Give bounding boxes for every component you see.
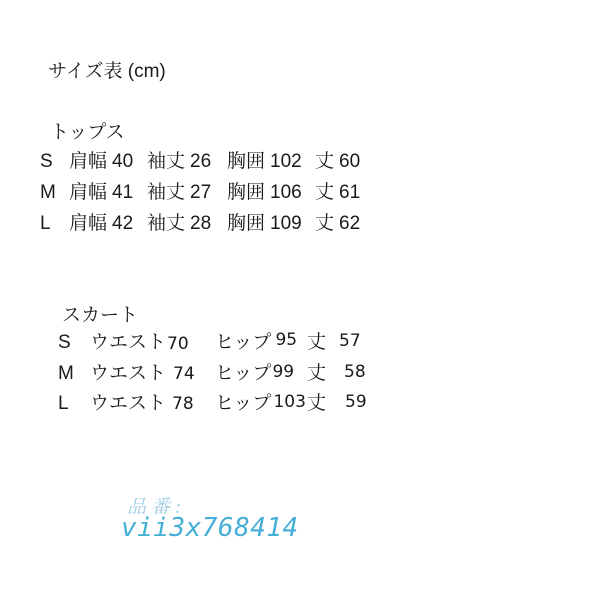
measurement-cell: 丈57	[307, 331, 361, 355]
measurement-value: 106	[270, 182, 302, 203]
measurement-value: 78	[172, 394, 194, 414]
measurement-label: ヒップ	[215, 332, 271, 353]
size-label: S	[58, 331, 90, 355]
measurement-cell: ヒップ95	[215, 331, 307, 355]
measurement-label: 胸囲	[227, 151, 265, 172]
skirt-row-s: S ウエスト70 ヒップ95 丈57	[58, 331, 361, 355]
measurement-label: 胸囲	[227, 213, 265, 234]
measurement-cell: 肩幅40	[69, 150, 147, 174]
measurement-value: 95	[275, 330, 297, 350]
measurement-label: 袖丈	[147, 213, 185, 234]
measurement-label: 丈	[307, 332, 326, 353]
tops-row-s: S 肩幅40 袖丈26 胸囲102 丈60	[40, 150, 360, 174]
measurement-value: 99	[272, 362, 294, 382]
measurement-label: 肩幅	[69, 213, 107, 234]
measurement-value: 57	[339, 331, 361, 351]
measurement-label: 袖丈	[147, 151, 185, 172]
measurement-cell: 胸囲109	[227, 212, 315, 236]
measurement-cell: 袖丈26	[147, 150, 227, 174]
tops-row-m: M 肩幅41 袖丈27 胸囲106 丈61	[40, 181, 360, 205]
measurement-cell: 肩幅41	[69, 181, 147, 205]
measurement-label: 丈	[307, 363, 326, 384]
measurement-cell: 丈62	[315, 212, 360, 236]
measurement-label: 胸囲	[227, 182, 265, 203]
measurement-cell: ヒップ103	[215, 392, 307, 416]
skirt-row-l: L ウエスト78 ヒップ103 丈59	[58, 392, 367, 416]
measurement-label: 肩幅	[69, 182, 107, 203]
measurement-label: ウエスト	[90, 363, 166, 384]
measurement-value: 28	[190, 213, 211, 234]
measurement-label: 丈	[315, 213, 334, 234]
measurement-cell: 肩幅42	[69, 212, 147, 236]
measurement-cell: 胸囲102	[227, 150, 315, 174]
measurement-value: 27	[190, 182, 211, 203]
measurement-cell: 丈59	[307, 392, 367, 416]
measurement-value: 61	[339, 182, 360, 203]
size-label: S	[40, 150, 69, 174]
measurement-value: 74	[173, 364, 195, 384]
measurement-label: 丈	[315, 182, 334, 203]
measurement-value: 26	[190, 151, 211, 172]
measurement-value: 41	[112, 182, 133, 203]
tops-row-l: L 肩幅42 袖丈28 胸囲109 丈62	[40, 212, 360, 236]
measurement-cell: ヒップ99	[215, 362, 307, 386]
measurement-label: ウエスト	[90, 393, 166, 414]
measurement-label: 肩幅	[69, 151, 107, 172]
measurement-cell: 丈60	[315, 150, 360, 174]
measurement-label: 袖丈	[147, 182, 185, 203]
size-label: L	[58, 392, 90, 416]
measurement-value: 42	[112, 213, 133, 234]
measurement-label: ヒップ	[215, 363, 271, 384]
measurement-label: ヒップ	[215, 393, 271, 414]
measurement-value: 60	[339, 151, 360, 172]
size-label: M	[40, 181, 69, 205]
measurement-cell: ウエスト78	[90, 392, 215, 416]
size-label: L	[40, 212, 69, 236]
measurement-cell: 胸囲106	[227, 181, 315, 205]
measurement-cell: ウエスト70	[90, 331, 215, 355]
section-heading-tops: トップス	[50, 117, 125, 144]
measurement-value: 109	[270, 213, 302, 234]
measurement-label: 丈	[307, 393, 326, 414]
measurement-value: 59	[345, 392, 367, 412]
measurement-cell: 袖丈28	[147, 212, 227, 236]
skirt-row-m: M ウエスト74 ヒップ99 丈58	[58, 362, 366, 386]
measurement-cell: 丈61	[315, 181, 360, 205]
measurement-cell: 袖丈27	[147, 181, 227, 205]
size-label: M	[58, 362, 90, 386]
measurement-value: 62	[339, 213, 360, 234]
measurement-label: 丈	[315, 151, 334, 172]
measurement-value: 103	[273, 392, 305, 412]
measurement-label: ウエスト	[90, 332, 166, 353]
page-title: サイズ表 (cm)	[48, 56, 166, 83]
measurement-cell: 丈58	[307, 362, 366, 386]
watermark-product-code: vii3x768414	[121, 513, 299, 543]
measurement-cell: ウエスト74	[90, 362, 215, 386]
section-heading-skirt: スカート	[62, 300, 138, 327]
measurement-value: 40	[112, 151, 133, 172]
measurement-value: 102	[270, 151, 302, 172]
measurement-value: 70	[167, 334, 189, 354]
measurement-value: 58	[344, 362, 366, 382]
